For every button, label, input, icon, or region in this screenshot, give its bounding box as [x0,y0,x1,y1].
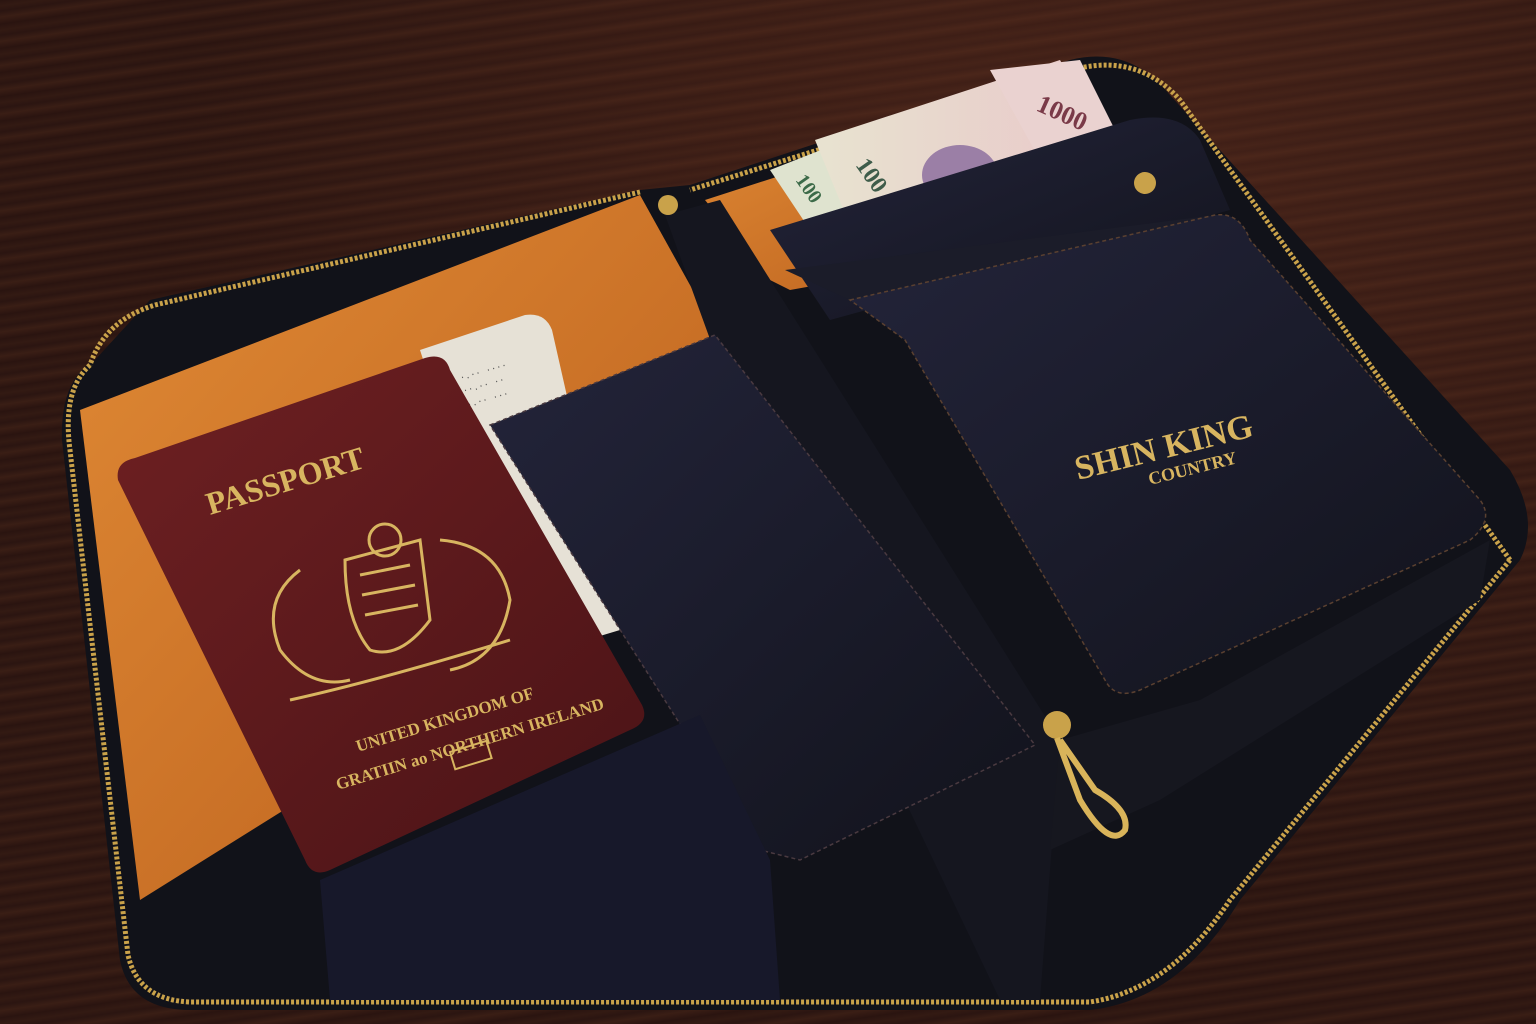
travel-wallet-photo: ·· ·.·· ···· ·····.·· ·· ····.·· ··· 100… [0,0,1536,1024]
zipper-pull-top [658,195,678,215]
snap-button-icon [1134,172,1156,194]
